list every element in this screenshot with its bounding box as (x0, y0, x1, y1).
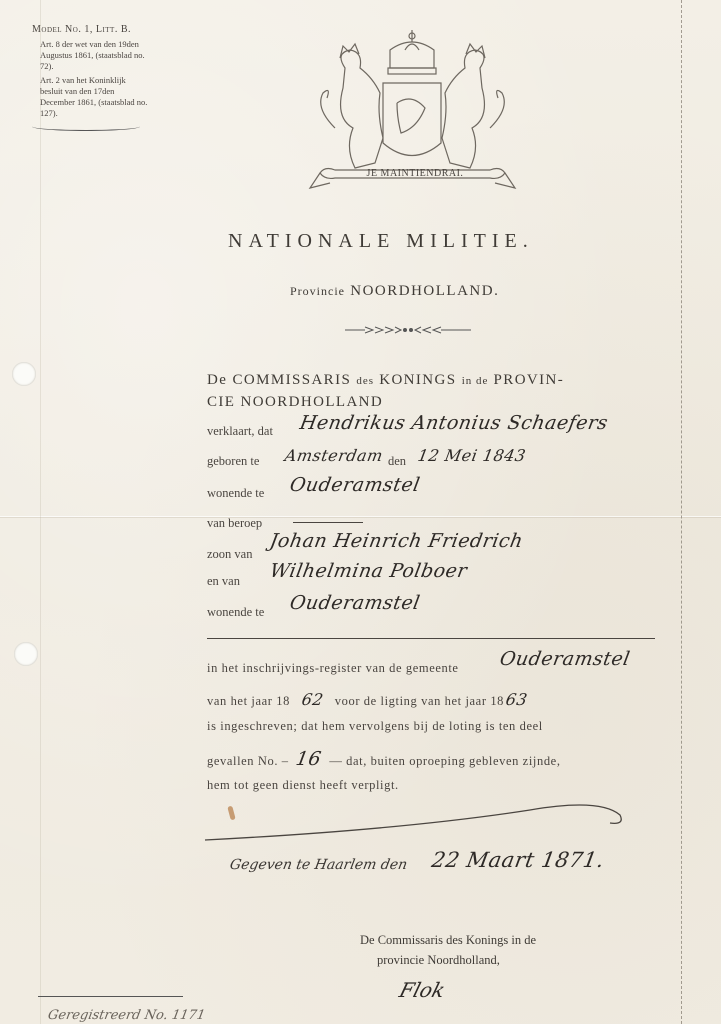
body-line-3: is ingeschreven; dat hem vervolgens bij … (207, 719, 543, 734)
body-line-4: gevallen No. – 16 — dat, buiten oproepin… (207, 748, 561, 770)
residence-field-1[interactable]: Ouderamstel (288, 474, 422, 496)
margin-rule (681, 0, 683, 1024)
beroep-label: van beroep (207, 516, 262, 531)
ornament-divider-icon (345, 324, 471, 336)
brace-divider (32, 122, 140, 131)
heading-word: in de (462, 375, 489, 387)
heading-word: KONINGS (379, 372, 456, 388)
body-line-1: in het inschrijvings-register van de gem… (207, 661, 459, 676)
issued-date-field[interactable]: 22 Maart 1871. (430, 848, 606, 872)
signatory-title-1: De Commissaris des Konings in de (360, 930, 536, 950)
body-text: gevallen No. – (207, 754, 289, 768)
section-divider (207, 638, 655, 639)
geboren-label: geboren te (207, 454, 259, 469)
municipality-field[interactable]: Ouderamstel (498, 648, 632, 670)
heading-word: PROVIN- (494, 372, 565, 388)
wonende-label-1: wonende te (207, 486, 264, 501)
declaration-heading: De COMMISSARIS des KONINGS in de PROVIN-… (207, 370, 627, 413)
birthdate-field[interactable]: 12 Mei 1843 (416, 446, 527, 465)
birthplace-field[interactable]: Amsterdam (283, 446, 384, 465)
wonende-label-2: wonende te (207, 605, 264, 620)
heading-word: des (356, 375, 374, 387)
mother-field[interactable]: Wilhelmina Polboer (268, 560, 469, 582)
punch-hole-bottom (14, 642, 38, 666)
lot-number-field[interactable]: 16 (294, 748, 323, 770)
body-text: van het jaar 18 (207, 694, 290, 708)
punch-hole-top (12, 362, 36, 386)
registration-rule (38, 996, 183, 997)
heading-word: De (207, 372, 227, 388)
signature: Flok (397, 978, 448, 1002)
body-text: — dat, buiten oproeping gebleven zijnde, (329, 754, 560, 768)
signature-block: De Commissaris des Konings in de provinc… (360, 930, 536, 970)
issued-place-label: Gegeven te Haarlem den (229, 857, 409, 873)
model-article-1: Art. 8 der wet van den 19den Augustus 18… (32, 39, 150, 72)
crest-motto: JE MAINTIENDRAI. (335, 168, 495, 179)
flourish-line-icon (200, 790, 630, 850)
name-field[interactable]: Hendrikus Antonius Schaefers (298, 412, 610, 434)
zoon-label: zoon van (207, 547, 252, 562)
residence-field-2[interactable]: Ouderamstel (288, 592, 422, 614)
fold-line-horizontal (0, 516, 721, 517)
body-line-2: van het jaar 18 62 voor de ligting van h… (207, 690, 527, 709)
province-prefix: Provincie (290, 284, 345, 298)
fold-line-vertical (40, 0, 41, 1024)
body-text: in het inschrijvings-register van de gem… (207, 661, 459, 675)
model-article-2: Art. 2 van het Koninklijk besluit van de… (32, 75, 150, 119)
body-text: voor de ligting van het jaar 18 (335, 694, 504, 708)
registration-number: Geregistreerd No. 1171 (47, 1008, 207, 1023)
en-label: en van (207, 574, 240, 589)
den-label: den (388, 454, 406, 469)
province-subtitle: Provincie NOORDHOLLAND. (290, 283, 499, 300)
verklaart-label: verklaart, dat (207, 424, 273, 439)
heading-word: COMMISSARIS (232, 372, 351, 388)
beroep-field[interactable] (293, 522, 363, 523)
levy-year-field[interactable]: 63 (504, 690, 529, 709)
province-name: NOORDHOLLAND. (350, 283, 499, 299)
signatory-title-2: provincie Noordholland, (360, 950, 536, 970)
heading-line-2: CIE NOORDHOLLAND (207, 394, 383, 410)
register-year-field[interactable]: 62 (300, 690, 325, 709)
page-title: NATIONALE MILITIE. (228, 230, 534, 253)
father-field[interactable]: Johan Heinrich Friedrich (268, 530, 525, 552)
model-title: Model No. 1, Litt. B. (32, 24, 150, 35)
model-reference-block: Model No. 1, Litt. B. Art. 8 der wet van… (32, 24, 150, 131)
